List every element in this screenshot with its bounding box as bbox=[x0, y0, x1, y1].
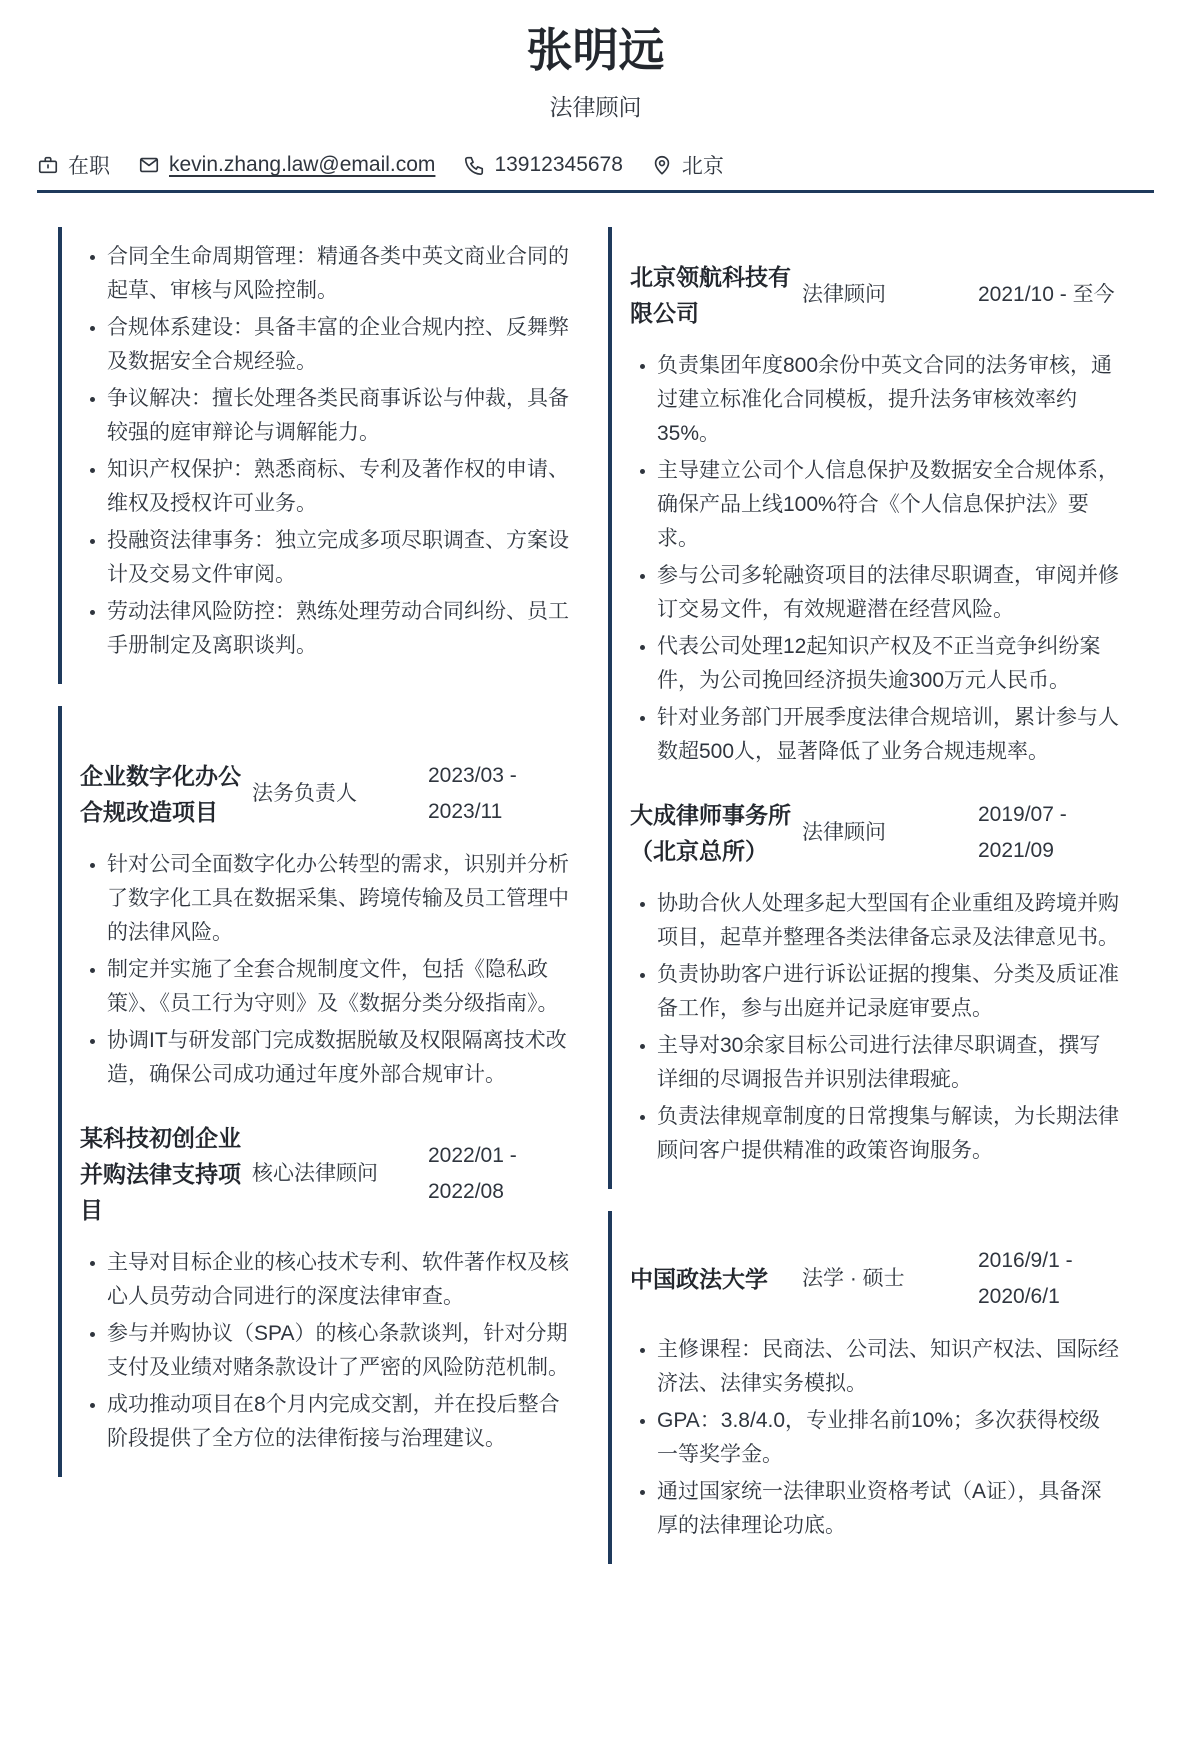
candidate-job-title: 法律顾问 bbox=[0, 89, 1191, 122]
project-bullet: 主导对目标企业的核心技术专利、软件著作权及核心人员劳动合同进行的深度法律审查。 bbox=[107, 1246, 570, 1314]
email-link[interactable]: kevin.zhang.law@email.com bbox=[169, 153, 435, 177]
resume-header: 张明远 法律顾问 在职 bbox=[0, 0, 1191, 193]
resume-body: 合同全生命周期管理：精通各类中英文商业合同的起草、审核与风险控制。 合规体系建设… bbox=[58, 227, 1133, 1586]
left-column: 合同全生命周期管理：精通各类中英文商业合同的起草、审核与风险控制。 合规体系建设… bbox=[58, 227, 570, 1586]
degree: 法学 · 硕士 bbox=[802, 1262, 978, 1296]
experience-bullet: 协助合伙人处理多起大型国有企业重组及跨境并购项目，起草并整理各类法律备忘录及法律… bbox=[657, 887, 1120, 955]
right-column: 北京领航科技有限公司 法律顾问 2021/10 - 至今 负责集团年度800余份… bbox=[608, 227, 1120, 1586]
summary-item: 争议解决：擅长处理各类民商事诉讼与仲裁，具备较强的庭审辩论与调解能力。 bbox=[107, 382, 570, 450]
email-item: kevin.zhang.law@email.com bbox=[138, 153, 435, 177]
project-bullet: 针对公司全面数字化办公转型的需求，识别并分析了数字化工具在数据采集、跨境传输及员… bbox=[107, 848, 570, 950]
education-bullet: GPA：3.8/4.0，专业排名前10%；多次获得校级一等奖学金。 bbox=[657, 1404, 1120, 1472]
project-header: 某科技初创企业并购法律支持项目 核心法律顾问 2022/01 - 2022/08 bbox=[80, 1120, 570, 1228]
candidate-name: 张明远 bbox=[0, 24, 1191, 77]
experience-entry: 大成律师事务所（北京总所） 法律顾问 2019/07 - 2021/09 协助合… bbox=[630, 797, 1120, 1168]
project-header: 企业数字化办公合规改造项目 法务负责人 2023/03 - 2023/11 bbox=[80, 758, 570, 830]
project-bullet: 制定并实施了全套合规制度文件，包括《隐私政策》、《员工行为守则》及《数据分类分级… bbox=[107, 953, 570, 1021]
header-divider bbox=[37, 190, 1154, 193]
project-bullet-list: 针对公司全面数字化办公转型的需求，识别并分析了数字化工具在数据采集、跨境传输及员… bbox=[80, 848, 570, 1092]
experience-bullet: 针对业务部门开展季度法律合规培训，累计参与人数超500人，显著降低了业务合规违规… bbox=[657, 701, 1120, 769]
project-role: 法务负责人 bbox=[252, 777, 428, 811]
experience-bullet: 负责协助客户进行诉讼证据的搜集、分类及质证准备工作，参与出庭并记录庭审要点。 bbox=[657, 958, 1120, 1026]
resume-page: 张明远 法律顾问 在职 bbox=[0, 0, 1191, 1757]
summary-item: 知识产权保护：熟悉商标、专利及著作权的申请、维权及授权许可业务。 bbox=[107, 453, 570, 521]
experience-bullet-list: 负责集团年度800余份中英文合同的法务审核，通过建立标准化合同模板，提升法务审核… bbox=[630, 349, 1120, 769]
project-role: 核心法律顾问 bbox=[252, 1157, 428, 1191]
experience-entry: 北京领航科技有限公司 法律顾问 2021/10 - 至今 负责集团年度800余份… bbox=[630, 259, 1120, 769]
summary-item: 投融资法律事务：独立完成多项尽职调查、方案设计及交易文件审阅。 bbox=[107, 524, 570, 592]
experience-bullet: 代表公司处理12起知识产权及不正当竞争纠纷案件，为公司挽回经济损失逾300万元人… bbox=[657, 630, 1120, 698]
employment-status: 在职 bbox=[37, 150, 110, 180]
summary-list: 合同全生命周期管理：精通各类中英文商业合同的起草、审核与风险控制。 合规体系建设… bbox=[80, 240, 570, 663]
education-bullet: 通过国家统一法律职业资格考试（A证），具备深厚的法律理论功底。 bbox=[657, 1475, 1120, 1543]
education-bullet: 主修课程：民商法、公司法、知识产权法、国际经济法、法律实务模拟。 bbox=[657, 1333, 1120, 1401]
education-entry: 中国政法大学 法学 · 硕士 2016/9/1 - 2020/6/1 主修课程：… bbox=[630, 1243, 1120, 1543]
project-name: 企业数字化办公合规改造项目 bbox=[80, 758, 252, 830]
education-bullet-list: 主修课程：民商法、公司法、知识产权法、国际经济法、法律实务模拟。 GPA：3.8… bbox=[630, 1333, 1120, 1543]
project-bullet-list: 主导对目标企业的核心技术专利、软件著作权及核心人员劳动合同进行的深度法律审查。 … bbox=[80, 1246, 570, 1456]
project-bullet: 成功推动项目在8个月内完成交割，并在投后整合阶段提供了全方位的法律衔接与治理建议… bbox=[107, 1388, 570, 1456]
project-entry: 企业数字化办公合规改造项目 法务负责人 2023/03 - 2023/11 针对… bbox=[80, 758, 570, 1092]
phone-item: 13912345678 bbox=[463, 153, 622, 177]
envelope-icon bbox=[138, 154, 160, 176]
experience-header: 北京领航科技有限公司 法律顾问 2021/10 - 至今 bbox=[630, 259, 1120, 331]
contact-row: 在职 kevin.zhang.law@email.com 139123 bbox=[37, 150, 1154, 180]
education-section: 中国政法大学 法学 · 硕士 2016/9/1 - 2020/6/1 主修课程：… bbox=[608, 1211, 1120, 1564]
education-dates: 2016/9/1 - 2020/6/1 bbox=[978, 1243, 1120, 1315]
summary-item: 合同全生命周期管理：精通各类中英文商业合同的起草、审核与风险控制。 bbox=[107, 240, 570, 308]
company-name: 大成律师事务所（北京总所） bbox=[630, 797, 802, 869]
job-title: 法律顾问 bbox=[802, 816, 978, 850]
experience-section: 北京领航科技有限公司 法律顾问 2021/10 - 至今 负责集团年度800余份… bbox=[608, 227, 1120, 1189]
project-name: 某科技初创企业并购法律支持项目 bbox=[80, 1120, 252, 1228]
location-label: 北京 bbox=[682, 150, 724, 180]
job-title: 法律顾问 bbox=[802, 278, 978, 312]
summary-item: 合规体系建设：具备丰富的企业合规内控、反舞弊及数据安全合规经验。 bbox=[107, 311, 570, 379]
job-dates: 2021/10 - 至今 bbox=[978, 277, 1120, 313]
location-item: 北京 bbox=[651, 150, 724, 180]
company-name: 北京领航科技有限公司 bbox=[630, 259, 802, 331]
project-dates: 2023/03 - 2023/11 bbox=[428, 758, 570, 830]
experience-bullet: 参与公司多轮融资项目的法律尽职调查，审阅并修订交易文件，有效规避潜在经营风险。 bbox=[657, 559, 1120, 627]
summary-section: 合同全生命周期管理：精通各类中英文商业合同的起草、审核与风险控制。 合规体系建设… bbox=[58, 227, 570, 684]
briefcase-icon bbox=[37, 154, 59, 176]
experience-bullet: 负责法律规章制度的日常搜集与解读，为长期法律顾问客户提供精准的政策咨询服务。 bbox=[657, 1100, 1120, 1168]
project-dates: 2022/01 - 2022/08 bbox=[428, 1138, 570, 1210]
employment-status-label: 在职 bbox=[68, 150, 110, 180]
experience-bullet-list: 协助合伙人处理多起大型国有企业重组及跨境并购项目，起草并整理各类法律备忘录及法律… bbox=[630, 887, 1120, 1168]
location-icon bbox=[651, 154, 673, 176]
experience-bullet: 负责集团年度800余份中英文合同的法务审核，通过建立标准化合同模板，提升法务审核… bbox=[657, 349, 1120, 451]
phone-number: 13912345678 bbox=[494, 153, 622, 177]
experience-bullet: 主导建立公司个人信息保护及数据安全合规体系，确保产品上线100%符合《个人信息保… bbox=[657, 454, 1120, 556]
school-name: 中国政法大学 bbox=[630, 1261, 802, 1297]
job-dates: 2019/07 - 2021/09 bbox=[978, 797, 1120, 869]
phone-icon bbox=[463, 154, 485, 176]
experience-header: 大成律师事务所（北京总所） 法律顾问 2019/07 - 2021/09 bbox=[630, 797, 1120, 869]
summary-item: 劳动法律风险防控：熟练处理劳动合同纠纷、员工手册制定及离职谈判。 bbox=[107, 595, 570, 663]
education-header: 中国政法大学 法学 · 硕士 2016/9/1 - 2020/6/1 bbox=[630, 1243, 1120, 1315]
project-bullet: 参与并购协议（SPA）的核心条款谈判，针对分期支付及业绩对赌条款设计了严密的风险… bbox=[107, 1317, 570, 1385]
projects-section: 企业数字化办公合规改造项目 法务负责人 2023/03 - 2023/11 针对… bbox=[58, 706, 570, 1477]
experience-bullet: 主导对30余家目标公司进行法律尽职调查，撰写详细的尽调报告并识别法律瑕疵。 bbox=[657, 1029, 1120, 1097]
project-entry: 某科技初创企业并购法律支持项目 核心法律顾问 2022/01 - 2022/08… bbox=[80, 1120, 570, 1456]
project-bullet: 协调IT与研发部门完成数据脱敏及权限隔离技术改造，确保公司成功通过年度外部合规审… bbox=[107, 1024, 570, 1092]
